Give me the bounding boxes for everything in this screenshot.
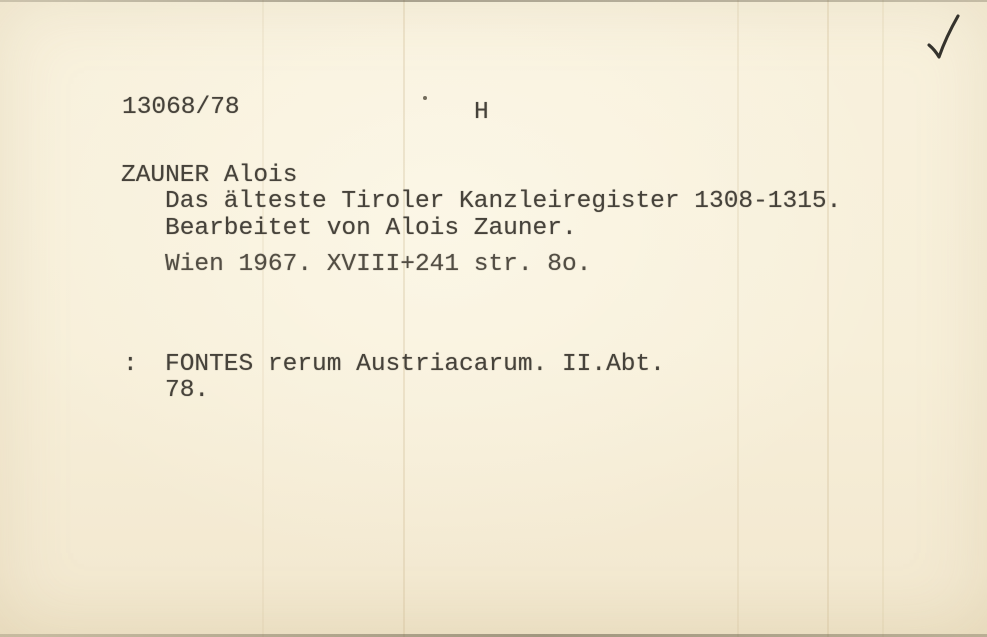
- checkmark-icon: [916, 10, 966, 64]
- paper-streak: [827, 0, 829, 637]
- author-line: ZAUNER Alois: [121, 162, 297, 189]
- editor-line: Bearbeitet von Alois Zauner.: [165, 215, 577, 242]
- scan-edge-top: [0, 0, 987, 2]
- series-line: FONTES rerum Austriacarum. II.Abt.: [165, 351, 665, 378]
- card-id-number: 13068/78: [122, 94, 240, 121]
- series-number-line: 78.: [165, 377, 209, 404]
- imprint-line: Wien 1967. XVIII+241 str. 8o.: [165, 251, 591, 278]
- series-colon: :: [123, 351, 138, 378]
- ink-speck: [423, 96, 427, 100]
- paper-streak: [882, 0, 884, 637]
- heading-letter: H: [474, 99, 489, 126]
- catalog-card: 13068/78 H ZAUNER Alois Das älteste Tiro…: [0, 0, 987, 637]
- paper-streak: [403, 0, 405, 637]
- paper-streak: [737, 0, 739, 637]
- title-line: Das älteste Tiroler Kanzleiregister 1308…: [165, 188, 841, 215]
- paper-streak: [262, 0, 264, 637]
